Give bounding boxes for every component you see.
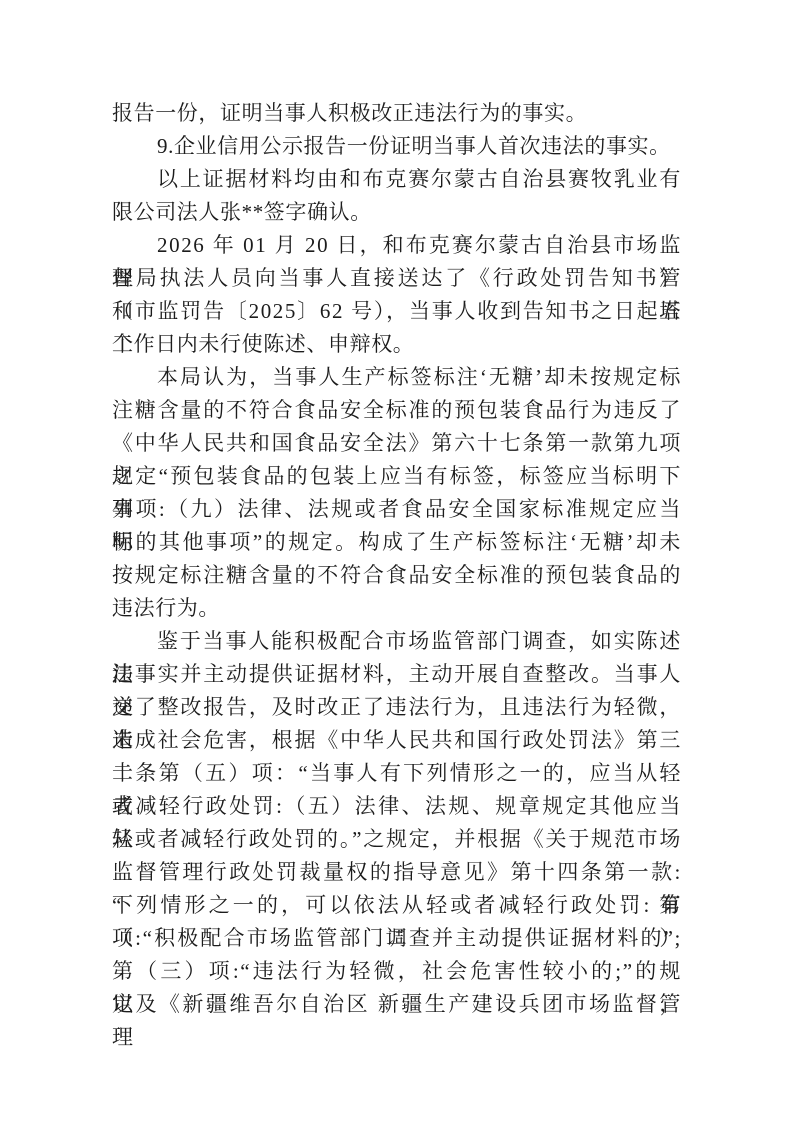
document-line: 第（三）项:“违法行为轻微，社会危害性较小的;”的规定， [112,955,682,988]
document-line: 注糖含量的不符合食品安全标准的预包装食品行为违反了 [112,394,682,427]
document-line: 事项:（九）法律、法规或者食品安全国家标准规定应当标 [112,493,682,526]
document-line: 者减轻行政处罚:（五）法律、法规、规章规定其他应当从 [112,790,682,823]
document-line: 鉴于当事人能积极配合市场监管部门调查，如实陈述违 [112,625,682,658]
document-line: 报告一份，证明当事人积极改正违法行为的事实。 [112,97,682,130]
document-line: 造成社会危害，根据《中华人民共和国行政处罚法》第三十 [112,724,682,757]
document-line: 9.企业信用公示报告一份证明当事人首次违法的事实。 [112,130,682,163]
document-line: 交了整改报告，及时改正了违法行为，且违法行为轻微，未 [112,691,682,724]
document-line: 工作日内未行使陈述、申辩权。 [112,328,682,361]
document-line: 违法行为。 [112,592,682,625]
document-line: 下列情形之一的，可以依法从轻或者减轻行政处罚: 第（二） [112,889,682,922]
document-line: 明的其他事项”的规定。构成了生产标签标注‘无糖’却未 [112,526,682,559]
document-line: 项:“积极配合市场监管部门调查并主动提供证据材料的”; [112,922,682,955]
document-line: 轻或者减轻行政处罚的。”之规定，并根据《关于规范市场 [112,823,682,856]
document-line: 本局认为，当事人生产标签标注‘无糖’却未按规定标 [112,361,682,394]
document-line: 2026 年 01 月 20 日，和布克赛尔蒙古自治县市场监督管 [112,229,682,262]
document-line: 二条第（五）项：“当事人有下列情形之一的，应当从轻或 [112,757,682,790]
document-line: 以及《新疆维吾尔自治区 新疆生产建设兵团市场监督管理 [112,988,682,1021]
document-line: 法事实并主动提供证据材料，主动开展自查整改。当事人递 [112,658,682,691]
document-body: 报告一份，证明当事人积极改正违法行为的事实。9.企业信用公示报告一份证明当事人首… [112,97,682,1021]
document-line: 以上证据材料均由和布克赛尔蒙古自治县赛牧乳业有 [112,163,682,196]
document-line: 《中华人民共和国食品安全法》第六十七条第一款第九项之 [112,427,682,460]
document-page: 报告一份，证明当事人积极改正违法行为的事实。9.企业信用公示报告一份证明当事人首… [0,0,793,1122]
document-line: 限公司法人张**签字确认。 [112,196,682,229]
document-line: 规定“预包装食品的包装上应当有标签，标签应当标明下列 [112,460,682,493]
document-line: 和市监罚告〔2025〕62 号），当事人收到告知书之日起五个 [112,295,682,328]
document-line: 监督管理行政处罚裁量权的指导意见》第十四条第一款:“有 [112,856,682,889]
document-line: 按规定标注糖含量的不符合食品安全标准的预包装食品的 [112,559,682,592]
document-line: 理局执法人员向当事人直接送达了《行政处罚告知书》（塔 [112,262,682,295]
